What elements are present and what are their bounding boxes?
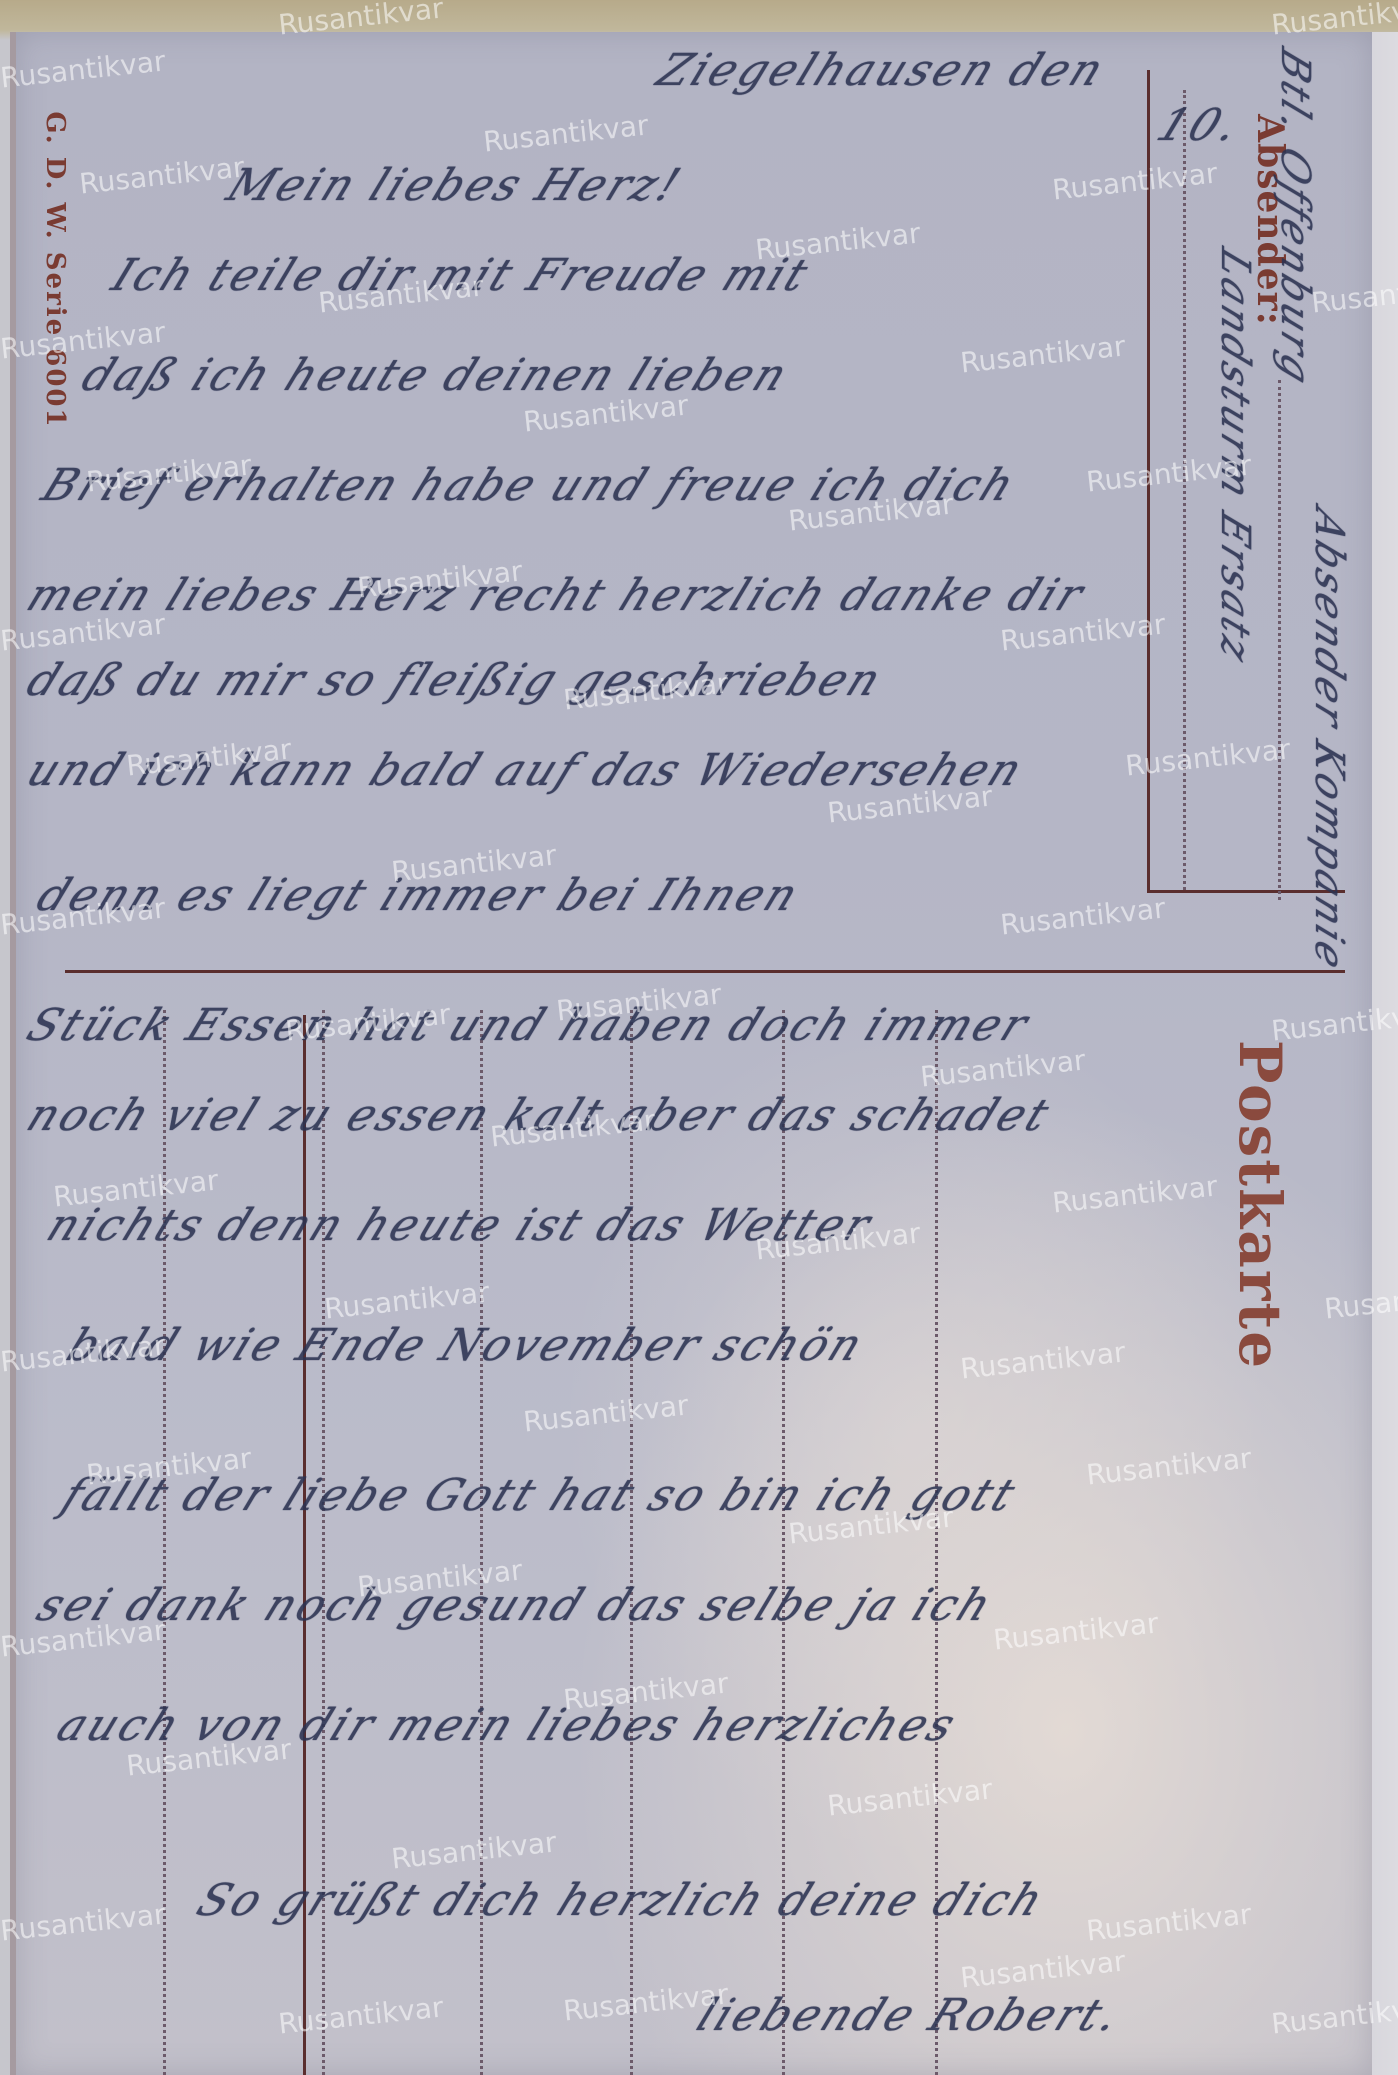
postcard-title: Postkarte xyxy=(1226,1040,1294,1370)
letter-line: sei dank noch gesund das selbe ja ich xyxy=(30,1580,1002,1631)
horizontal-divider xyxy=(65,970,1345,973)
letter-line: So grüßt dich herzlich deine dich xyxy=(190,1875,1054,1926)
letter-line: bald wie Ende November schön xyxy=(60,1320,873,1371)
letter-line: fällt der liebe Gott hat so bin ich gott xyxy=(55,1470,1025,1521)
sender-dotted-line-1 xyxy=(1183,90,1186,890)
sender-line: Landsturm Ersatz xyxy=(1212,241,1258,671)
letter-line: Stück Essen hat und haben doch immer xyxy=(20,1000,1038,1051)
sender-line: Btl. Offenburg xyxy=(1272,41,1318,393)
sender-dotted-line-2 xyxy=(1278,380,1281,900)
letter-line: mein liebes Herz recht herzlich danke di… xyxy=(20,570,1093,621)
letter-line: und ich kann bald auf das Wiedersehen xyxy=(20,745,1033,796)
letter-signature: liebende Robert. xyxy=(690,1990,1130,2041)
letter-line: denn es liegt immer bei Ihnen xyxy=(30,870,808,921)
sender-line: Absender Kompanie xyxy=(1306,501,1352,979)
letter-line: daß ich heute deinen lieben xyxy=(75,350,798,401)
letter-line: Brief erhalten habe und freue ich dich xyxy=(35,460,1025,511)
letter-line: auch von dir mein liebes herzliches xyxy=(50,1700,966,1751)
postcard xyxy=(10,32,1372,2075)
series-label: G. D. W. Serie 6001 xyxy=(40,111,70,428)
sender-box-left-rule xyxy=(1147,70,1150,892)
letter-salutation: Mein liebes Herz! xyxy=(220,160,690,211)
address-dotted-line-1 xyxy=(163,1010,166,2075)
letter-line: nichts denn heute ist das Wetter xyxy=(40,1200,881,1251)
letter-heading: Ziegelhausen den xyxy=(650,45,1114,96)
letter-line: daß du mir so fleißig geschrieben xyxy=(20,655,891,706)
letter-line: noch viel zu essen kalt aber das schadet xyxy=(20,1090,1059,1141)
letter-line: Ich teile dir mit Freude mit xyxy=(105,250,818,301)
